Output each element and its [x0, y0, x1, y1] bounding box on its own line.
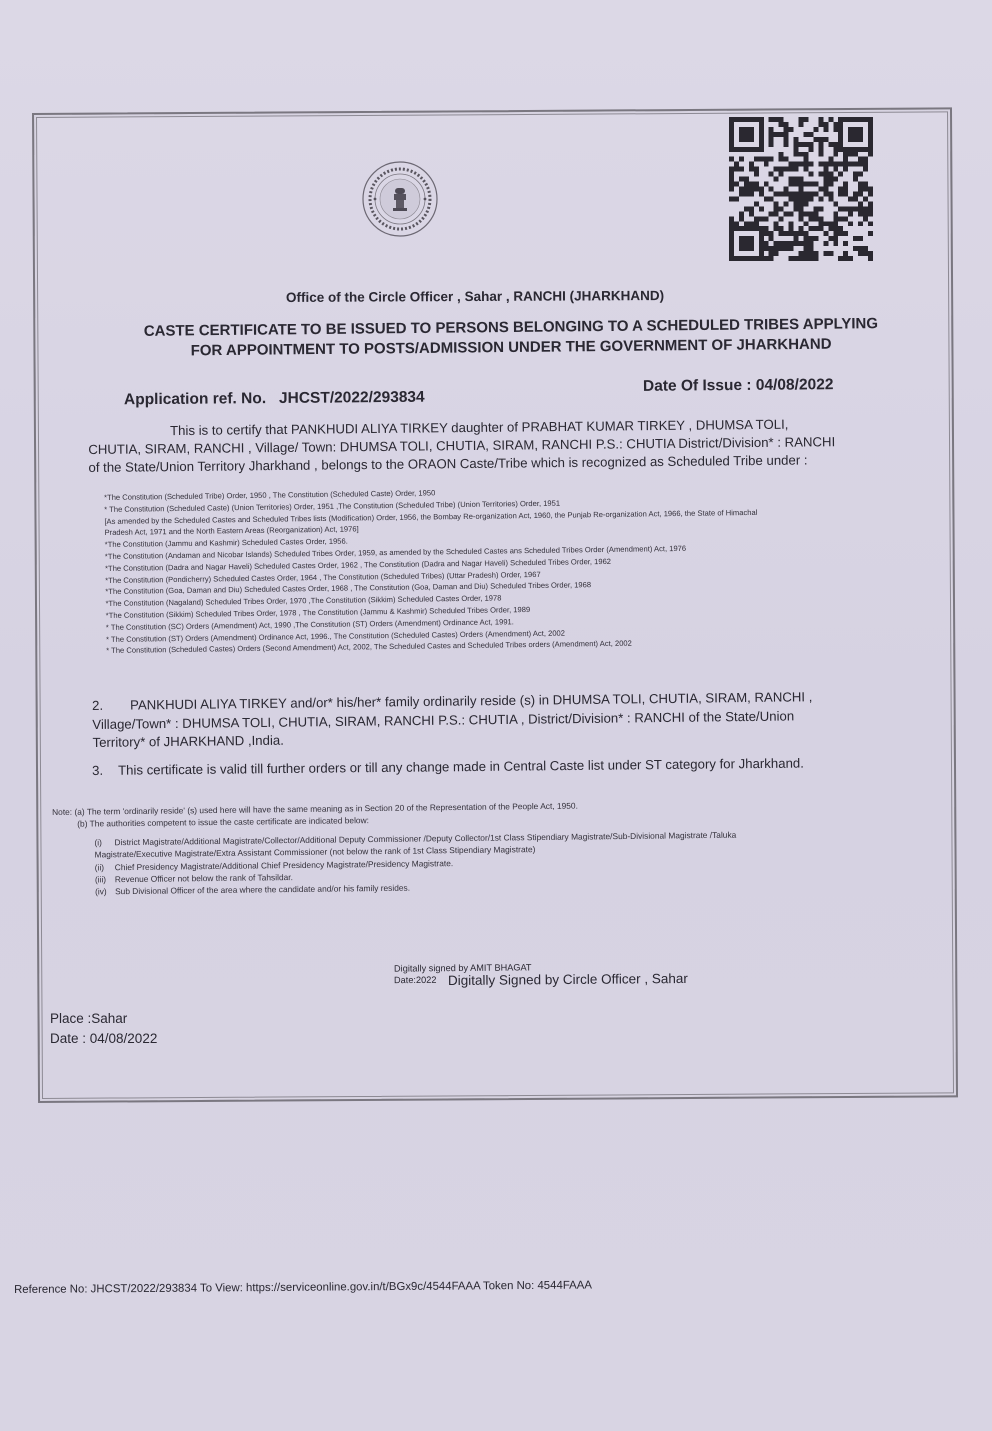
reference-line: Reference No: JHCST/2022/293834 To View:… — [14, 1279, 592, 1296]
notes-section: Note: (a) The term 'ordinarily reside' (… — [52, 795, 913, 898]
digital-signature-date: Date:2022 — [394, 975, 436, 985]
issuing-office: Office of the Circle Officer , Sahar , R… — [286, 288, 664, 305]
signed-by-officer: Digitally Signed by Circle Officer , Sah… — [448, 971, 688, 988]
date: Date : 04/08/2022 — [50, 1031, 157, 1046]
state-emblem-icon — [361, 160, 439, 238]
date-of-issue: Date Of Issue : 04/08/2022 — [643, 376, 834, 396]
place: Place :Sahar — [50, 1011, 127, 1026]
residence-paragraph: 2.PANKHUDI ALIYA TIRKEY and/or* his/her*… — [92, 687, 923, 753]
application-ref-value: JHCST/2022/293834 — [279, 389, 425, 407]
date-of-issue-label: Date Of Issue : — [643, 377, 752, 395]
authority-text: Sub Divisional Officer of the area where… — [115, 883, 410, 897]
authority-numeral: (i) — [94, 836, 114, 849]
authority-numeral: (ii) — [95, 861, 115, 874]
para3-number: 3. — [92, 763, 118, 778]
qr-code-icon — [729, 117, 873, 261]
application-ref: Application ref. No. JHCST/2022/293834 — [124, 389, 425, 410]
authority-text: Chief Presidency Magistrate/Additional C… — [115, 858, 454, 872]
certificate-page: Office of the Circle Officer , Sahar , R… — [0, 0, 992, 1431]
constitution-orders-list: *The Constitution (Scheduled Tribe) Orde… — [104, 480, 956, 657]
certification-paragraph: This is to certify that PANKHUDI ALIYA T… — [88, 414, 939, 477]
para2-number: 2. — [92, 697, 130, 716]
application-ref-label: Application ref. No. — [124, 390, 266, 408]
date-of-issue-value: 04/08/2022 — [756, 376, 834, 394]
authority-numeral: (iii) — [95, 873, 115, 886]
authority-numeral: (iv) — [95, 886, 115, 899]
authority-text: Revenue Officer not below the rank of Ta… — [115, 872, 293, 884]
